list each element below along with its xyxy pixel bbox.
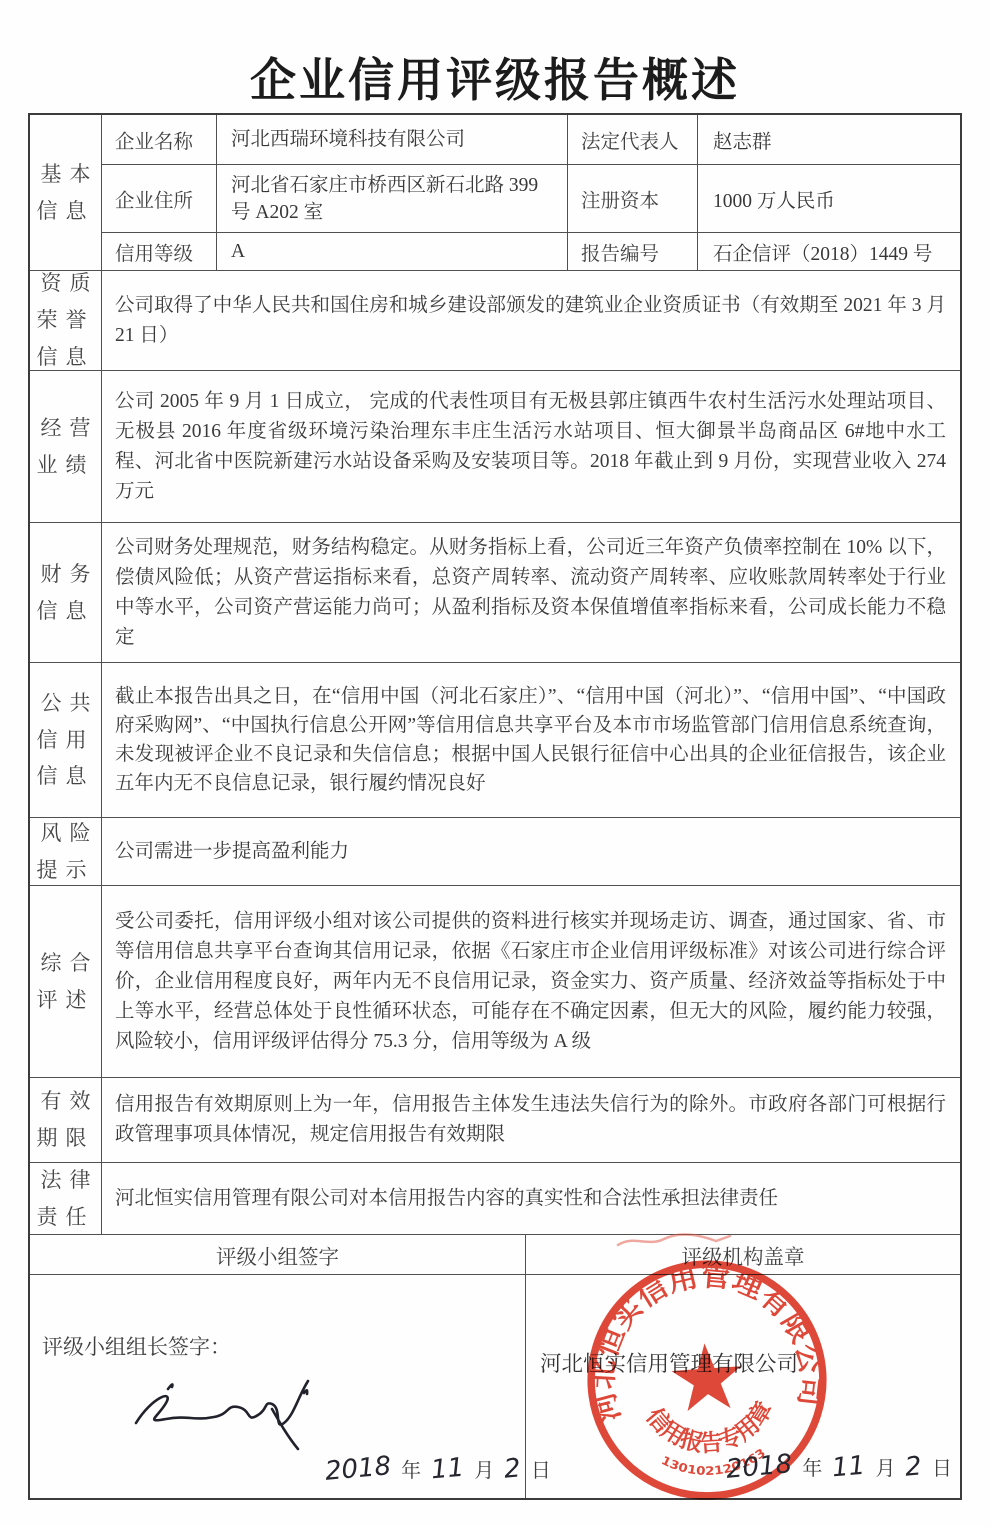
- rating-team-signature-header: 评级小组签字: [30, 1235, 526, 1274]
- section-text-business-performance: 公司 2005 年 9 月 1 日成立， 完成的代表性项目有无极县郭庄镇西牛农村…: [102, 387, 960, 507]
- seal-ring-text: 河北恒实信用管理有限公司: [582, 1255, 830, 1426]
- handwritten-day: 2: [503, 1453, 522, 1484]
- section-text-public-credit-info: 截止本报告出具之日，在“信用中国（河北石家庄）”、“信用中国（河北）”、“信用中…: [102, 682, 960, 798]
- section-text-overall-review: 受公司委托，信用评级小组对该公司提供的资料进行核实并现场走访、调查，通过国家、省…: [102, 907, 960, 1057]
- handwritten-year: 2018: [324, 1451, 393, 1487]
- stray-red-ink-mark: [614, 1231, 734, 1251]
- credit-report-table: 基本 信息 企业名称 河北西瑞环境科技有限公司 法定代表人 赵志群 企业住所 河…: [28, 113, 962, 1500]
- handwritten-day: 2: [904, 1451, 923, 1482]
- section-label-financial-info: 财务 信息: [30, 523, 102, 662]
- section-text-legal-liability: 河北恒实信用管理有限公司对本信用报告内容的真实性和合法性承担法律责任: [102, 1184, 960, 1214]
- field-company-name-value: 河北西瑞环境科技有限公司: [217, 115, 568, 164]
- field-report-number-label: 报告编号: [568, 233, 698, 270]
- field-address-label: 企业住所: [102, 165, 217, 232]
- agency-company-name: 河北恒实信用管理有限公司: [540, 1347, 798, 1378]
- section-label-qualification-honor: 资质 荣誉 信息: [30, 271, 102, 370]
- year-unit-label: 年: [802, 1458, 822, 1480]
- section-label-legal-liability: 法律 责任: [30, 1163, 102, 1234]
- year-unit-label: 年: [401, 1460, 421, 1482]
- signature-body-row: 评级小组组长签字： 2018 年 11 月 2 日 河北恒实信用管理有限公司: [30, 1275, 960, 1498]
- field-legal-rep-label: 法定代表人: [568, 115, 698, 164]
- section-text-risk-notice: 公司需进一步提高盈利能力: [102, 837, 960, 867]
- field-registered-capital-label: 注册资本: [568, 165, 698, 232]
- svg-text:河北恒实信用管理有限公司: 河北恒实信用管理有限公司: [582, 1255, 830, 1426]
- section-label-risk-notice: 风险 提示: [30, 818, 102, 885]
- field-legal-rep-value: 赵志群: [698, 115, 960, 164]
- page-title: 企业信用评级报告概述: [0, 44, 990, 110]
- section-risk-notice: 风险 提示 公司需进一步提高盈利能力: [30, 818, 960, 886]
- section-text-financial-info: 公司财务处理规范，财务结构稳定。从财务指标上看，公司近三年资产负债率控制在 10…: [102, 533, 960, 653]
- section-qualification-honor: 资质 荣誉 信息 公司取得了中华人民共和国住房和城乡建设部颁发的建筑业企业资质证…: [30, 271, 960, 371]
- scanned-report-page: 企业信用评级报告概述 基本 信息 企业名称 河北西瑞环境科技有限公司 法定代表人…: [0, 0, 990, 1526]
- month-unit-label: 月: [875, 1458, 895, 1480]
- field-report-number-value: 石企信评（2018）1449 号: [698, 233, 960, 270]
- agency-seal-date: 2018 年 11 月 2 日: [723, 1452, 954, 1482]
- rating-agency-seal-header: 评级机构盖章: [526, 1235, 960, 1274]
- section-public-credit-info: 公共 信用 信息 截止本报告出具之日，在“信用中国（河北石家庄）”、“信用中国（…: [30, 663, 960, 818]
- section-financial-info: 财务 信息 公司财务处理规范，财务结构稳定。从财务指标上看，公司近三年资产负债率…: [30, 523, 960, 663]
- section-legal-liability: 法律 责任 河北恒实信用管理有限公司对本信用报告内容的真实性和合法性承担法律责任: [30, 1163, 960, 1235]
- section-text-validity-period: 信用报告有效期原则上为一年，信用报告主体发生违法失信行为的除外。市政府各部门可根…: [102, 1090, 960, 1150]
- section-validity-period: 有效 期限 信用报告有效期原则上为一年，信用报告主体发生违法失信行为的除外。市政…: [30, 1078, 960, 1163]
- month-unit-label: 月: [474, 1460, 494, 1482]
- field-credit-grade-value: A: [217, 233, 568, 270]
- section-label-validity-period: 有效 期限: [30, 1078, 102, 1162]
- signature-header-row: 评级小组签字 评级机构盖章: [30, 1235, 960, 1275]
- section-basic-info: 基本 信息 企业名称 河北西瑞环境科技有限公司 法定代表人 赵志群 企业住所 河…: [30, 115, 960, 271]
- basic-info-grid: 企业名称 河北西瑞环境科技有限公司 法定代表人 赵志群 企业住所 河北省石家庄市…: [102, 115, 960, 270]
- section-label-public-credit-info: 公共 信用 信息: [30, 663, 102, 817]
- table-row: 企业住所 河北省石家庄市桥西区新石北路 399 号 A202 室 注册资本 10…: [102, 165, 960, 233]
- day-unit-label: 日: [932, 1458, 952, 1480]
- section-text-qualification-honor: 公司取得了中华人民共和国住房和城乡建设部颁发的建筑业企业资质证书（有效期至 20…: [102, 291, 960, 351]
- handwritten-signature: [122, 1371, 332, 1461]
- team-leader-signature-label: 评级小组组长签字：: [42, 1331, 231, 1361]
- table-row: 企业名称 河北西瑞环境科技有限公司 法定代表人 赵志群: [102, 115, 960, 165]
- field-credit-grade-label: 信用等级: [102, 233, 217, 270]
- handwritten-year: 2018: [725, 1449, 794, 1485]
- field-address-value: 河北省石家庄市桥西区新石北路 399 号 A202 室: [217, 165, 568, 232]
- handwritten-month: 11: [831, 1451, 867, 1484]
- field-registered-capital-value: 1000 万人民币: [698, 165, 960, 232]
- section-overall-review: 综合 评述 受公司委托，信用评级小组对该公司提供的资料进行核实并现场走访、调查，…: [30, 886, 960, 1078]
- handwritten-month: 11: [430, 1453, 466, 1486]
- table-row: 信用等级 A 报告编号 石企信评（2018）1449 号: [102, 233, 960, 270]
- team-leader-signature-cell: 评级小组组长签字： 2018 年 11 月 2 日: [30, 1275, 526, 1498]
- section-business-performance: 经营 业绩 公司 2005 年 9 月 1 日成立， 完成的代表性项目有无极县郭…: [30, 371, 960, 523]
- day-unit-label: 日: [531, 1460, 551, 1482]
- section-label-basic-info: 基本 信息: [30, 115, 102, 270]
- section-label-overall-review: 综合 评述: [30, 886, 102, 1077]
- agency-seal-cell: 河北恒实信用管理有限公司 河北恒实信用管理有限公司 信用报: [526, 1275, 960, 1498]
- team-signature-date: 2018 年 11 月 2 日: [322, 1454, 553, 1484]
- field-company-name-label: 企业名称: [102, 115, 217, 164]
- section-label-business-performance: 经营 业绩: [30, 371, 102, 522]
